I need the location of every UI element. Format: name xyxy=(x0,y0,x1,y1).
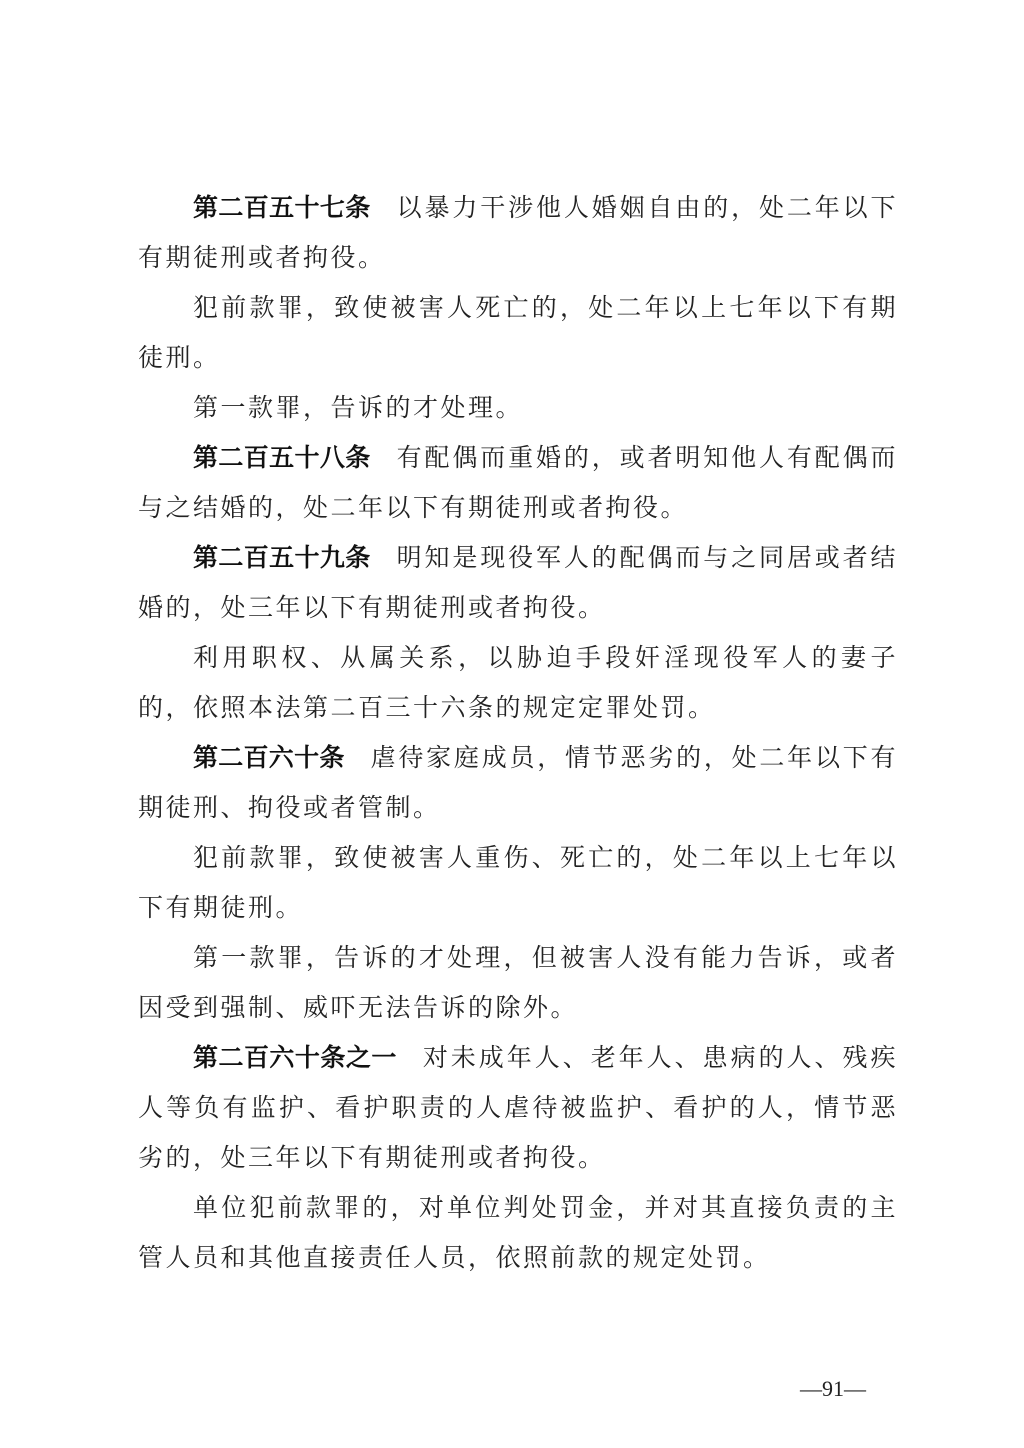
article-number: 第二百六十条 xyxy=(193,743,345,772)
paragraph: 第二百六十条虐待家庭成员，情节恶劣的，处二年以下有期徒刑、拘役或者管制。 xyxy=(138,733,898,833)
paragraph: 第二百六十条之一对未成年人、老年人、患病的人、残疾人等负有监护、看护职责的人虐待… xyxy=(138,1033,898,1183)
paragraph-text: 单位犯前款罪的，对单位判处罚金，并对其直接负责的主管人员和其他直接责任人员，依照… xyxy=(138,1193,898,1272)
paragraph: 第一款罪，告诉的才处理。 xyxy=(138,383,898,433)
paragraph: 单位犯前款罪的，对单位判处罚金，并对其直接负责的主管人员和其他直接责任人员，依照… xyxy=(138,1183,898,1283)
paragraph: 第二百五十七条以暴力干涉他人婚姻自由的，处二年以下有期徒刑或者拘役。 xyxy=(138,183,898,283)
paragraph-text: 第一款罪，告诉的才处理。 xyxy=(193,393,523,422)
article-number: 第二百五十七条 xyxy=(193,193,371,222)
article-number: 第二百五十八条 xyxy=(193,443,371,472)
paragraph: 犯前款罪，致使被害人重伤、死亡的，处二年以上七年以下有期徒刑。 xyxy=(138,833,898,933)
paragraph-text: 犯前款罪，致使被害人死亡的，处二年以上七年以下有期徒刑。 xyxy=(138,293,898,372)
paragraph-text: 犯前款罪，致使被害人重伤、死亡的，处二年以上七年以下有期徒刑。 xyxy=(138,843,898,922)
article-number: 第二百六十条之一 xyxy=(193,1043,397,1072)
article-number: 第二百五十九条 xyxy=(193,543,371,572)
paragraph: 利用职权、从属关系，以胁迫手段奸淫现役军人的妻子的，依照本法第二百三十六条的规定… xyxy=(138,633,898,733)
paragraph: 第一款罪，告诉的才处理，但被害人没有能力告诉，或者因受到强制、威吓无法告诉的除外… xyxy=(138,933,898,1033)
paragraph: 第二百五十九条明知是现役军人的配偶而与之同居或者结婚的，处三年以下有期徒刑或者拘… xyxy=(138,533,898,633)
paragraph-text: 利用职权、从属关系，以胁迫手段奸淫现役军人的妻子的，依照本法第二百三十六条的规定… xyxy=(138,643,898,722)
paragraph: 第二百五十八条有配偶而重婚的，或者明知他人有配偶而与之结婚的，处二年以下有期徒刑… xyxy=(138,433,898,533)
paragraph: 犯前款罪，致使被害人死亡的，处二年以上七年以下有期徒刑。 xyxy=(138,283,898,383)
page-number: —91— xyxy=(800,1376,866,1402)
document-body: 第二百五十七条以暴力干涉他人婚姻自由的，处二年以下有期徒刑或者拘役。 犯前款罪，… xyxy=(138,183,898,1283)
paragraph-text: 第一款罪，告诉的才处理，但被害人没有能力告诉，或者因受到强制、威吓无法告诉的除外… xyxy=(138,943,898,1022)
